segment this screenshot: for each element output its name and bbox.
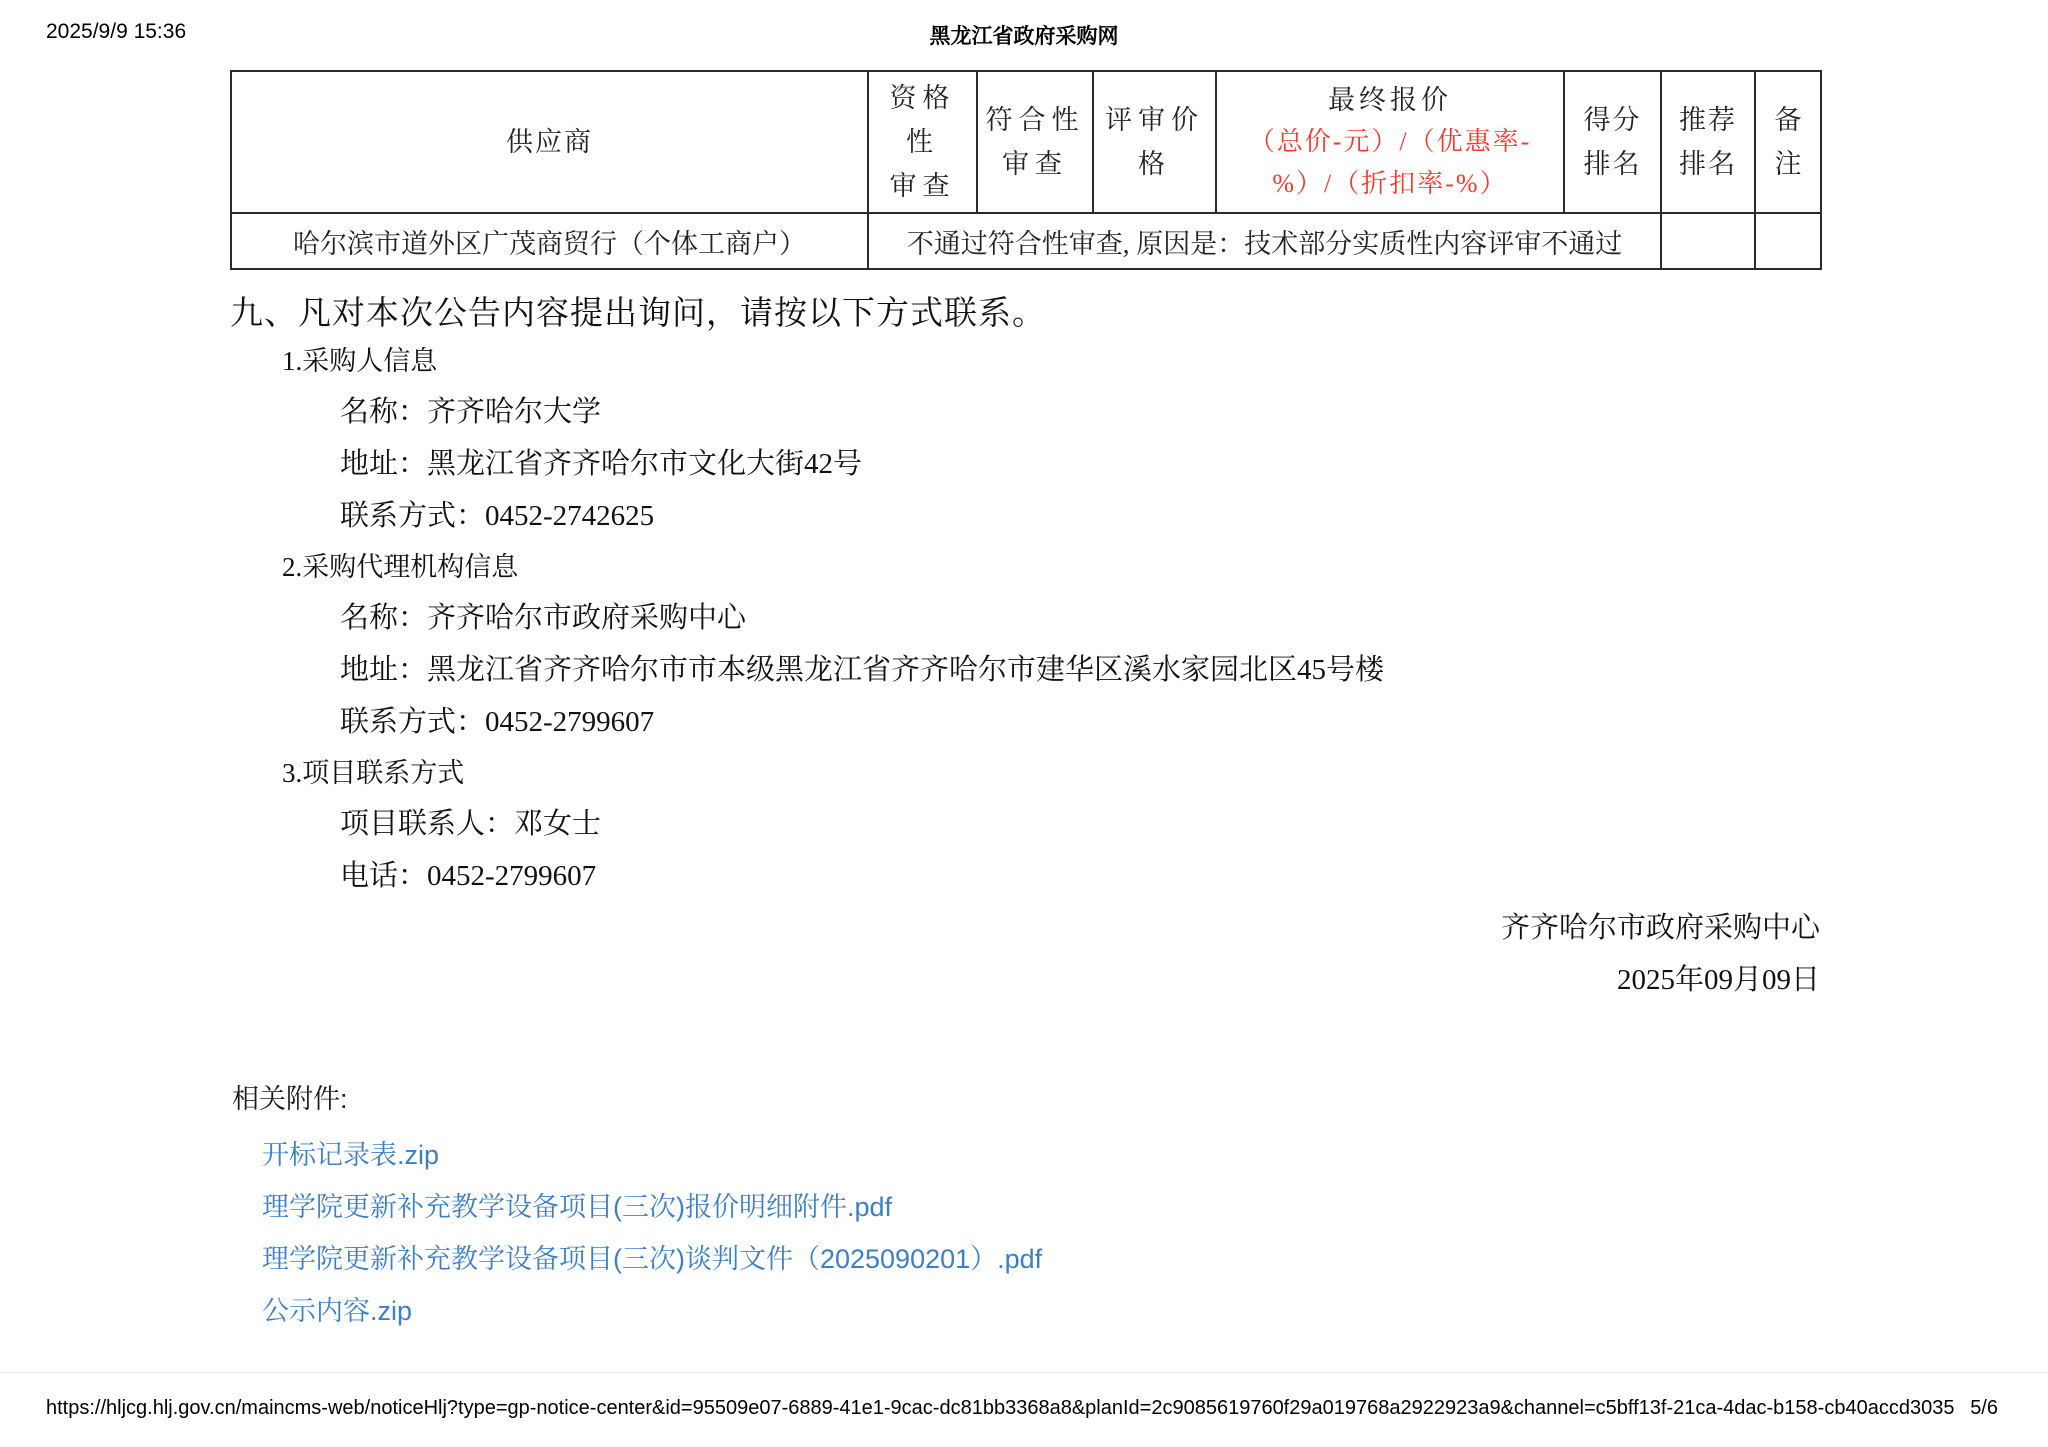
header-final-quote: 最终报价 （总价-元）/（优惠率- %）/（折扣率-%）: [1216, 71, 1564, 213]
cell-recommend-rank-empty: [1661, 213, 1755, 269]
table-header-row: 供应商 资格性 审查 符合性 审查 评审价 格 最终报价 （总价-元）/（优惠率…: [231, 71, 1821, 213]
attachment-link-bid-record[interactable]: 开标记录表.zip: [262, 1129, 2048, 1181]
purchaser-name: 名称：齐齐哈尔大学: [340, 386, 2048, 438]
header-remark-line1: 备: [1775, 105, 1802, 135]
project-contact-phone: 电话：0452-2799607: [340, 850, 2048, 902]
signature-date: 2025年09月09日: [0, 954, 1820, 1006]
agency-address: 地址：黑龙江省齐齐哈尔市市本级黑龙江省齐齐哈尔市建华区溪水家园北区45号楼: [340, 644, 2048, 696]
attachment-link-negotiation-doc[interactable]: 理学院更新补充教学设备项目(三次)谈判文件（2025090201）.pdf: [262, 1233, 2048, 1285]
attachment-link-public-content[interactable]: 公示内容.zip: [262, 1285, 2048, 1337]
header-final-quote-title: 最终报价: [1223, 79, 1557, 121]
item-title-project-contact: 3.项目联系方式: [282, 748, 2048, 798]
header-supplier: 供应商: [231, 71, 868, 213]
attachments-heading: 相关附件:: [232, 1081, 2048, 1117]
signature-block: 齐齐哈尔市政府采购中心 2025年09月09日: [0, 902, 1820, 1006]
header-remark: 备 注: [1755, 71, 1821, 213]
header-review-price-line2: 格: [1138, 149, 1171, 179]
print-footer: https://hljcg.hlj.gov.cn/maincms-web/not…: [0, 1372, 2048, 1420]
cell-review-result: 不通过符合性审查, 原因是：技术部分实质性内容评审不通过: [868, 213, 1661, 269]
header-review-price: 评审价 格: [1093, 71, 1216, 213]
section-heading: 九、凡对本次公告内容提出询问，请按以下方式联系。: [230, 292, 2048, 336]
header-qualification-line2: 审查: [890, 171, 956, 201]
header-review-price-line1: 评审价: [1105, 105, 1204, 135]
print-page: 2025/9/9 15:36 黑龙江省政府采购网 供应商 资格性 审查 符合性 …: [0, 0, 2048, 1447]
agency-name: 名称：齐齐哈尔市政府采购中心: [340, 592, 2048, 644]
site-title: 黑龙江省政府采购网: [46, 20, 2002, 50]
header-conformity-line2: 审查: [1002, 149, 1068, 179]
header-recommend-rank-line2: 排名: [1679, 149, 1737, 179]
header-score-rank: 得分 排名: [1564, 71, 1661, 213]
print-header: 2025/9/9 15:36 黑龙江省政府采购网: [46, 20, 2002, 48]
cell-supplier: 哈尔滨市道外区广茂商贸行（个体工商户）: [231, 213, 868, 269]
header-qualification-line1: 资格性: [890, 83, 956, 157]
header-qualification-review: 资格性 审查: [868, 71, 977, 213]
header-final-quote-red-line2: %）/（折扣率-%）: [1223, 163, 1557, 205]
table-row: 哈尔滨市道外区广茂商贸行（个体工商户） 不通过符合性审查, 原因是：技术部分实质…: [231, 213, 1821, 269]
purchaser-contact: 联系方式：0452-2742625: [340, 490, 2048, 542]
header-recommend-rank-line1: 推荐: [1679, 105, 1737, 135]
notice-body: 九、凡对本次公告内容提出询问，请按以下方式联系。 1.采购人信息 名称：齐齐哈尔…: [0, 292, 2048, 1337]
footer-url: https://hljcg.hlj.gov.cn/maincms-web/not…: [46, 1397, 1846, 1420]
header-conformity-review: 符合性 审查: [977, 71, 1093, 213]
attachment-link-quote-detail[interactable]: 理学院更新补充教学设备项目(三次)报价明细附件.pdf: [262, 1181, 2048, 1233]
item-title-purchaser: 1.采购人信息: [282, 336, 2048, 386]
header-conformity-line1: 符合性: [986, 105, 1085, 135]
header-recommend-rank: 推荐 排名: [1661, 71, 1755, 213]
purchaser-address: 地址：黑龙江省齐齐哈尔市文化大街42号: [340, 438, 2048, 490]
item-title-agency: 2.采购代理机构信息: [282, 542, 2048, 592]
attachments-section: 相关附件: 开标记录表.zip 理学院更新补充教学设备项目(三次)报价明细附件.…: [0, 1081, 2048, 1337]
project-contact-person: 项目联系人：邓女士: [340, 798, 2048, 850]
header-remark-line2: 注: [1775, 149, 1802, 179]
header-score-rank-line2: 排名: [1584, 149, 1642, 179]
header-final-quote-red-line1: （总价-元）/（优惠率-: [1223, 121, 1557, 163]
header-score-rank-line1: 得分: [1584, 105, 1642, 135]
footer-page-indicator: 5/6: [1970, 1397, 1998, 1420]
cell-remark-empty: [1755, 213, 1821, 269]
agency-contact: 联系方式：0452-2799607: [340, 696, 2048, 748]
evaluation-results-table: 供应商 资格性 审查 符合性 审查 评审价 格 最终报价 （总价-元）/（优惠率…: [230, 70, 1822, 270]
header-supplier-label: 供应商: [506, 127, 593, 157]
attachments-list: 开标记录表.zip 理学院更新补充教学设备项目(三次)报价明细附件.pdf 理学…: [0, 1129, 2048, 1337]
signature-org: 齐齐哈尔市政府采购中心: [0, 902, 1820, 954]
